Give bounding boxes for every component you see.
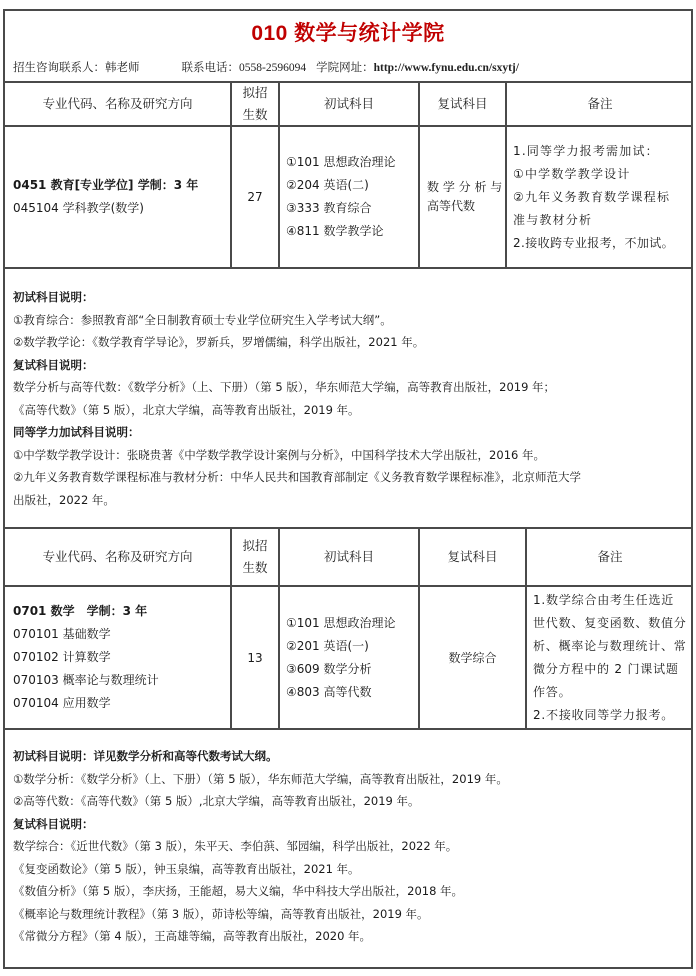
remark: 2.不接收同等学力报考。 — [533, 704, 687, 727]
header-retest: 复试科目 — [420, 529, 525, 585]
note-line: 《概率论与数理统计教程》（第 3 版），茆诗松等编，高等教育出版社，2019 年… — [13, 903, 683, 926]
program-2-notes: 初试科目说明：详见数学分析和高等代数考试大纲。 ①数学分析：《数学分析》（上、下… — [13, 745, 683, 948]
retest-line: 数 学 分 析 与 — [427, 178, 502, 197]
subject: ②201 英语(一) — [286, 635, 395, 658]
subject: ②204 英语(二) — [286, 174, 395, 197]
note-line: ①中学数学教学设计：张晓贵著《中学数学教学设计案例与分析》，中国科学技术大学出版… — [13, 444, 683, 467]
remark: 2.接收跨专业报考，不加试。 — [513, 232, 674, 255]
program-1-notes: 初试科目说明： ①教育综合：参照教育部“全日制教育硕士专业学位研究生入学考试大纲… — [13, 286, 683, 511]
header-quota-line2: 生数 — [242, 557, 267, 579]
program-1-major: 0451 教育[专业学位] 学制：3 年 045104 学科教学(数学) — [5, 127, 230, 267]
subject: ④811 数学教学论 — [286, 220, 395, 243]
divider — [5, 728, 691, 730]
subject: ③333 教育综合 — [286, 197, 395, 220]
major-title: 0451 教育[专业学位] 学制：3 年 — [13, 174, 198, 197]
note-line: 《复变函数论》（第 5 版），钟玉泉编，高等教育出版社，2021 年。 — [13, 858, 683, 881]
note-heading: 复试科目说明： — [13, 354, 683, 377]
note-heading: 同等学力加试科目说明： — [13, 421, 683, 444]
header-quota-line2: 生数 — [242, 104, 267, 126]
note-heading-inline: 初试科目说明：详见数学分析和高等代数考试大纲。 — [13, 749, 278, 763]
note-line: ②数学教学论：《数学教育学导论》，罗新兵，罗增儒编，科学出版社，2021 年。 — [13, 331, 683, 354]
website-link[interactable]: http://www.fynu.edu.cn/sxytj/ — [374, 62, 519, 74]
contact-phone: 联系电话：0558-2596094 — [182, 62, 307, 74]
direction: 070102 计算数学 — [13, 646, 159, 669]
major-title: 0701 数学 学制：3 年 — [13, 600, 159, 623]
remark: 作答。 — [533, 681, 687, 704]
direction: 070104 应用数学 — [13, 692, 159, 715]
note-line: 出版社，2022 年。 — [13, 489, 683, 512]
header-initial-exam: 初试科目 — [280, 529, 418, 585]
remark: 微分方程中的 2 门课试题 — [533, 658, 687, 681]
note-line: 数学综合：《近世代数》（第 3 版），朱平天、李伯葓、邹园编，科学出版社，202… — [13, 835, 683, 858]
header-remarks: 备注 — [527, 529, 693, 585]
program-2-quota: 13 — [232, 587, 278, 728]
header-major: 专业代码、名称及研究方向 — [5, 83, 230, 125]
program-1-remarks: 1.同等学力报考需加试： ①中学数学教学设计 ②九年义务教育数学课程标 准与教材… — [507, 127, 693, 267]
direction: 070101 基础数学 — [13, 623, 159, 646]
remark: 1.同等学力报考需加试： — [513, 140, 674, 163]
header-remarks: 备注 — [507, 83, 693, 125]
program-1-quota: 27 — [232, 127, 278, 267]
note-heading: 初试科目说明： — [13, 286, 683, 309]
note-line: 数学分析与高等代数：《数学分析》（上、下册）（第 5 版），华东师范大学编，高等… — [13, 376, 683, 399]
retest-line: 高等代数 — [427, 197, 502, 216]
website-label: 学院网址： — [316, 62, 374, 74]
contact-person: 招生咨询联系人：韩老师 — [13, 62, 140, 74]
program-2-initial-subjects: ①101 思想政治理论 ②201 英语(一) ③609 数学分析 ④803 高等… — [280, 587, 418, 728]
program-1-initial-subjects: ①101 思想政治理论 ②204 英语(二) ③333 教育综合 ④811 数学… — [280, 127, 418, 267]
note-line: 初试科目说明：详见数学分析和高等代数考试大纲。 — [13, 745, 683, 768]
direction: 070103 概率论与数理统计 — [13, 669, 159, 692]
remark: 1.数学综合由考生任选近 — [533, 589, 687, 612]
program-1-retest: 数 学 分 析 与 高等代数 — [420, 127, 505, 267]
note-line: 《高等代数》（第 5 版），北京大学编，高等教育出版社，2019 年。 — [13, 399, 683, 422]
header-major: 专业代码、名称及研究方向 — [5, 529, 230, 585]
header-retest: 复试科目 — [420, 83, 505, 125]
remark: ②九年义务教育数学课程标 — [513, 186, 674, 209]
direction: 045104 学科教学(数学) — [13, 197, 198, 220]
header-quota: 拟招 生数 — [232, 529, 278, 585]
header-initial-exam: 初试科目 — [280, 83, 418, 125]
document-frame: 010 数学与统计学院 招生咨询联系人：韩老师联系电话：0558-2596094… — [3, 9, 693, 969]
program-2-retest: 数学综合 — [420, 587, 525, 728]
subject: ④803 高等代数 — [286, 681, 395, 704]
subject: ③609 数学分析 — [286, 658, 395, 681]
note-line: ②九年义务教育数学课程标准与教材分析：中华人民共和国教育部制定《义务教育数学课程… — [13, 466, 683, 489]
note-heading: 复试科目说明： — [13, 813, 683, 836]
header-quota-line1: 拟招 — [242, 535, 267, 557]
program-2-major: 0701 数学 学制：3 年 070101 基础数学 070102 计算数学 0… — [5, 587, 230, 728]
subject: ①101 思想政治理论 — [286, 612, 395, 635]
remark: 世代数、复变函数、数值分 — [533, 612, 687, 635]
note-line: 《常微分方程》（第 4 版），王高雄等编，高等教育出版社，2020 年。 — [13, 925, 683, 948]
contact-info: 招生咨询联系人：韩老师联系电话：0558-2596094学院网址：http://… — [13, 59, 519, 75]
remark: 析、概率论与数理统计、常 — [533, 635, 687, 658]
note-line: ②高等代数：《高等代数》（第 5 版）,北京大学编，高等教育出版社，2019 年… — [13, 790, 683, 813]
subject: ①101 思想政治理论 — [286, 151, 395, 174]
retest-line: 数学综合 — [448, 649, 496, 666]
note-line: 《数值分析》（第 5 版），李庆扬，王能超，易大义编，华中科技大学出版社，201… — [13, 880, 683, 903]
note-line: ①数学分析：《数学分析》（上、下册）（第 5 版），华东师范大学编，高等教育出版… — [13, 768, 683, 791]
page-title: 010 数学与统计学院 — [5, 17, 691, 47]
remark: ①中学数学教学设计 — [513, 163, 674, 186]
program-2-remarks: 1.数学综合由考生任选近 世代数、复变函数、数值分 析、概率论与数理统计、常 微… — [527, 587, 693, 728]
header-quota-line1: 拟招 — [242, 82, 267, 104]
remark: 准与教材分析 — [513, 209, 674, 232]
header-quota: 拟招 生数 — [232, 83, 278, 125]
note-line: ①教育综合：参照教育部“全日制教育硕士专业学位研究生入学考试大纲”。 — [13, 309, 683, 332]
divider — [5, 267, 691, 269]
